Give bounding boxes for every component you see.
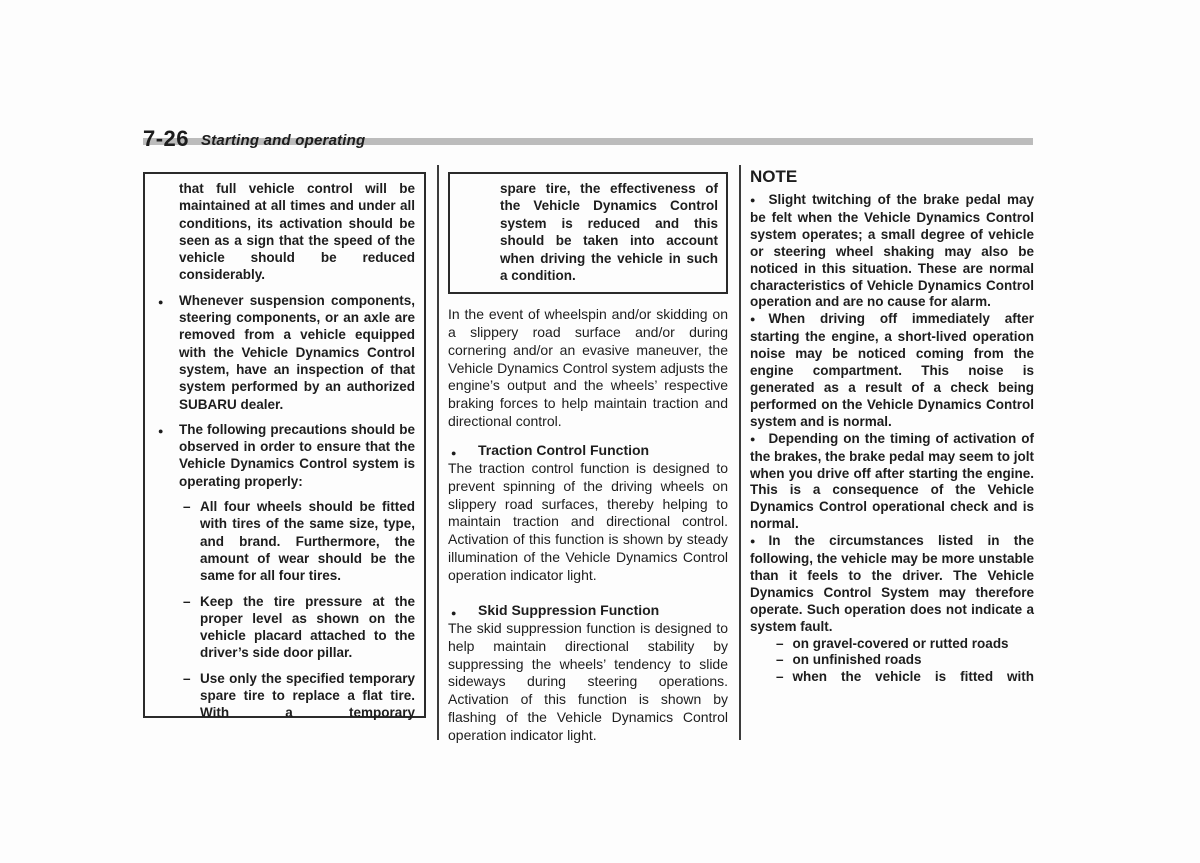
warning-dash-text: Keep the tire pressure at the proper lev… bbox=[200, 594, 415, 661]
bullet-icon: ● bbox=[451, 604, 456, 622]
note-bullet-text: In the circumstances listed in the follo… bbox=[750, 533, 1034, 634]
section-heading-text: Traction Control Function bbox=[478, 442, 649, 458]
note-dash-item: –on gravel-covered or rutted roads bbox=[750, 636, 1034, 653]
dash-icon: – bbox=[776, 669, 784, 684]
section-title: Starting and operating bbox=[201, 132, 365, 149]
bullet-icon: ● bbox=[750, 192, 755, 209]
warning-dash-text: All four wheels should be fitted with ti… bbox=[200, 499, 415, 583]
warning-continuation-paragraph: that full vehicle control will be mainta… bbox=[156, 180, 415, 284]
warning-dash-text: Use only the specified temporary spare t… bbox=[200, 671, 415, 721]
warning-bullet-text: The following precautions should be obse… bbox=[179, 422, 415, 489]
dash-icon: – bbox=[183, 593, 191, 610]
bullet-icon: ● bbox=[451, 444, 456, 462]
warning-box: that full vehicle control will be mainta… bbox=[143, 172, 426, 718]
bullet-icon: ● bbox=[158, 423, 163, 440]
section-heading: ● Skid Suppression Function bbox=[448, 601, 728, 619]
note-bullet-item: ●Depending on the timing of activation o… bbox=[750, 431, 1034, 533]
warning-box-continued: spare tire, the effectiveness of the Veh… bbox=[448, 172, 728, 294]
note-bullet-text: Depending on the timing of activation of… bbox=[750, 431, 1034, 532]
note-dash-item: –when the vehicle is fitted with bbox=[750, 669, 1034, 686]
note-bullet-item: ●When driving off immediately after star… bbox=[750, 311, 1034, 430]
section-heading-text: Skid Suppression Function bbox=[478, 602, 659, 618]
intro-paragraph: In the event of wheelspin and/or skiddin… bbox=[448, 306, 728, 430]
section-body: The skid suppression function is designe… bbox=[448, 620, 728, 744]
note-bullet-text: Slight twitching of the brake pedal may … bbox=[750, 192, 1034, 309]
dash-icon: – bbox=[776, 636, 784, 651]
warning-dash-item: – Keep the tire pressure at the proper l… bbox=[156, 593, 415, 662]
bullet-icon: ● bbox=[750, 533, 755, 550]
note-dash-item: –on unfinished roads bbox=[750, 652, 1034, 669]
column-divider bbox=[739, 165, 741, 740]
warning-bullet-item: ● Whenever suspension components, steeri… bbox=[156, 292, 415, 413]
note-column: NOTE ●Slight twitching of the brake peda… bbox=[750, 167, 1034, 686]
traction-control-section: ● Traction Control Function The traction… bbox=[448, 441, 728, 584]
column-divider bbox=[437, 165, 439, 740]
skid-suppression-section: ● Skid Suppression Function The skid sup… bbox=[448, 601, 728, 744]
bullet-icon: ● bbox=[750, 311, 755, 328]
note-bullet-text: When driving off immediately after start… bbox=[750, 311, 1034, 428]
note-dash-text: on gravel-covered or rutted roads bbox=[793, 636, 1009, 651]
warning-dash-item: – Use only the specified temporary spare… bbox=[156, 670, 415, 722]
note-dash-text: when the vehicle is fitted with bbox=[793, 669, 1034, 684]
warning-bullet-text: Whenever suspension components, steering… bbox=[179, 293, 415, 412]
bullet-icon: ● bbox=[750, 431, 755, 448]
note-dash-text: on unfinished roads bbox=[793, 652, 922, 667]
dash-icon: – bbox=[183, 670, 191, 687]
bullet-icon: ● bbox=[158, 294, 163, 311]
warning-bullet-item: ● The following precautions should be ob… bbox=[156, 421, 415, 490]
dash-icon: – bbox=[776, 652, 784, 667]
manual-page: 7-26 Starting and operating that full ve… bbox=[0, 0, 1200, 863]
warning-dash-item: – All four wheels should be fitted with … bbox=[156, 498, 415, 584]
note-bullet-item: ●In the circumstances listed in the foll… bbox=[750, 533, 1034, 635]
section-body: The traction control function is designe… bbox=[448, 460, 728, 584]
middle-column: spare tire, the effectiveness of the Veh… bbox=[448, 172, 728, 744]
section-heading: ● Traction Control Function bbox=[448, 441, 728, 459]
note-heading: NOTE bbox=[750, 167, 1034, 187]
dash-icon: – bbox=[183, 498, 191, 515]
note-bullet-item: ●Slight twitching of the brake pedal may… bbox=[750, 192, 1034, 311]
page-number: 7-26 bbox=[143, 126, 189, 152]
